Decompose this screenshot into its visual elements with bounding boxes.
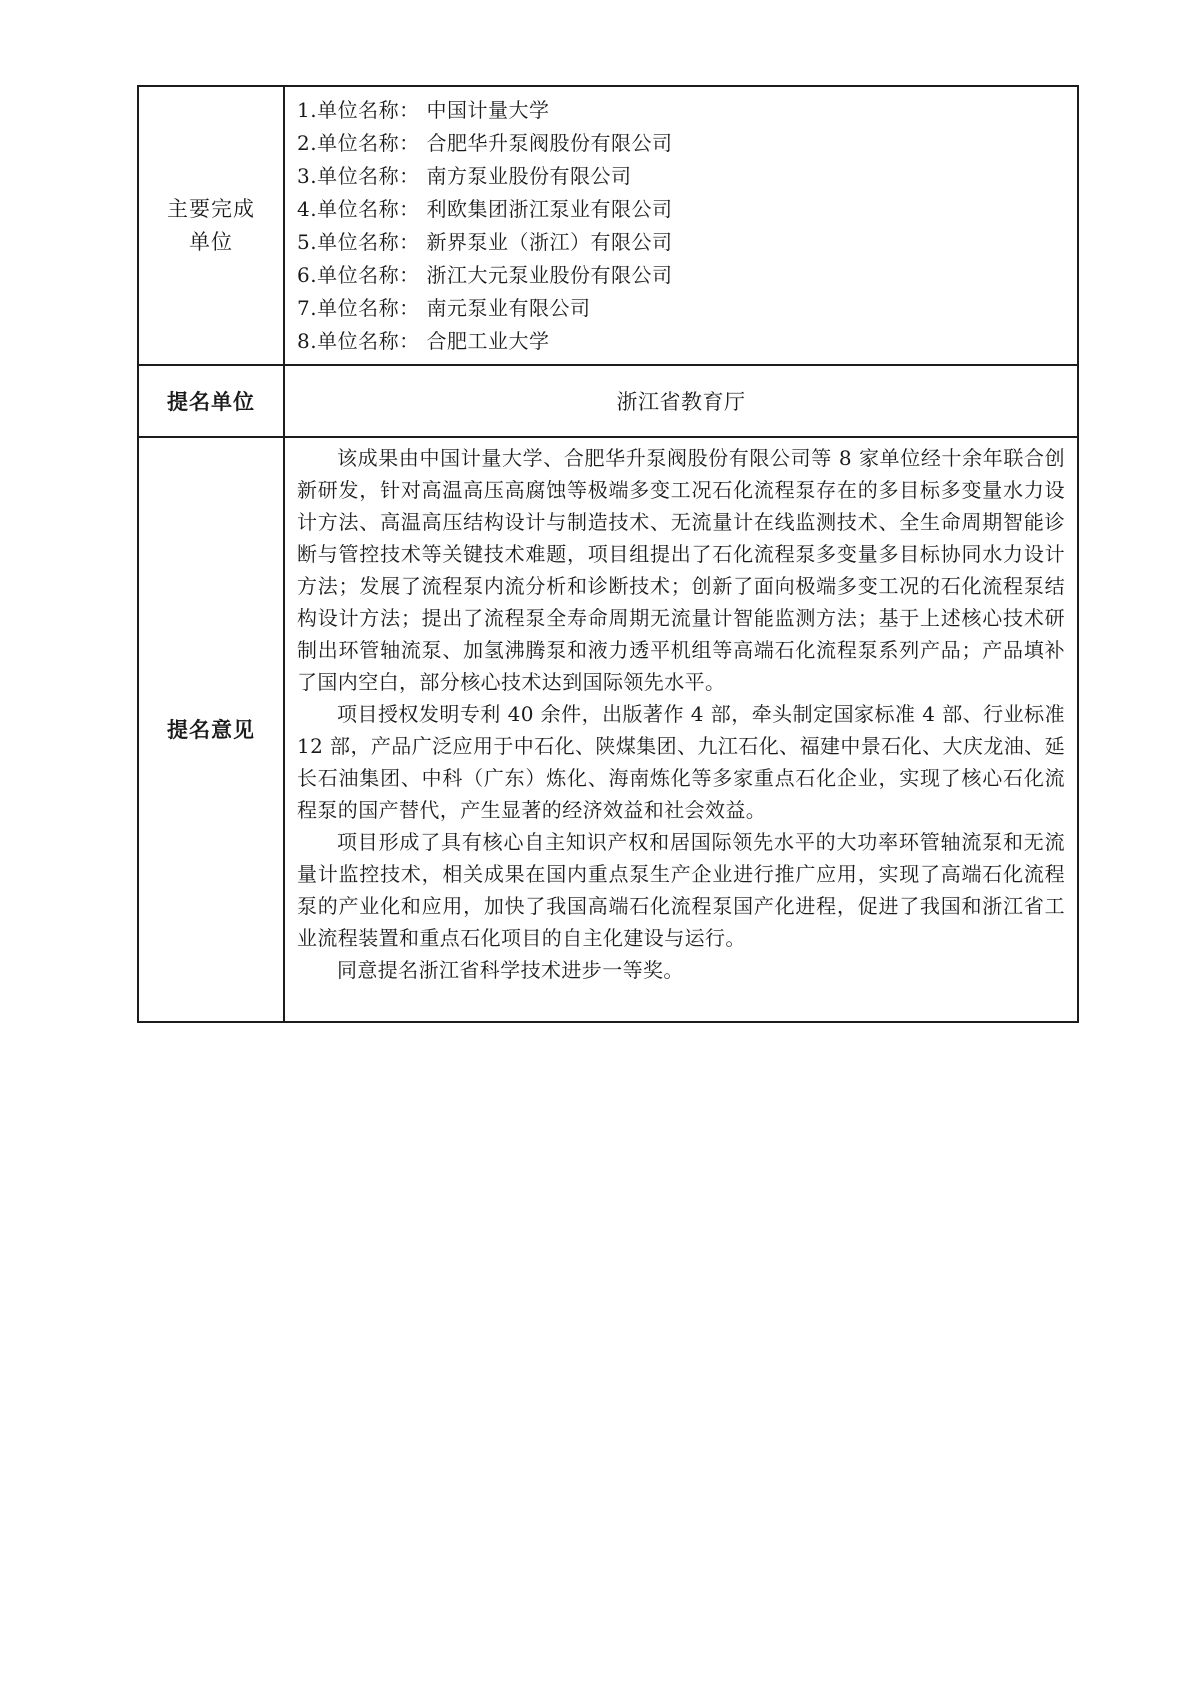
unit-item-5: 5.单位名称： 新界泵业（浙江）有限公司 bbox=[297, 226, 1067, 259]
row-nomination-opinion: 提名意见 该成果由中国计量大学、合肥华升泵阀股份有限公司等 8 家单位经十余年联… bbox=[138, 437, 1078, 1022]
document-page: 主要完成 单位 1.单位名称： 中国计量大学 2.单位名称： 合肥华升泵阀股份有… bbox=[0, 0, 1190, 1683]
opinion-paragraph-2: 项目授权发明专利 40 余件，出版著作 4 部，牵头制定国家标准 4 部、行业标… bbox=[297, 698, 1065, 826]
unit-item-8: 8.单位名称： 合肥工业大学 bbox=[297, 325, 1067, 358]
opinion-paragraph-1: 该成果由中国计量大学、合肥华升泵阀股份有限公司等 8 家单位经十余年联合创新研发… bbox=[297, 442, 1065, 698]
opinion-paragraph-4: 同意提名浙江省科学技术进步一等奖。 bbox=[297, 954, 1065, 986]
row-nominating-unit: 提名单位 浙江省教育厅 bbox=[138, 365, 1078, 437]
nomination-opinion-text: 该成果由中国计量大学、合肥华升泵阀股份有限公司等 8 家单位经十余年联合创新研发… bbox=[284, 437, 1078, 1022]
unit-item-2: 2.单位名称： 合肥华升泵阀股份有限公司 bbox=[297, 127, 1067, 160]
nominating-unit-label: 提名单位 bbox=[138, 365, 284, 437]
main-completion-units-list: 1.单位名称： 中国计量大学 2.单位名称： 合肥华升泵阀股份有限公司 3.单位… bbox=[284, 86, 1078, 365]
main-completion-units-label: 主要完成 单位 bbox=[138, 86, 284, 365]
unit-item-1: 1.单位名称： 中国计量大学 bbox=[297, 94, 1067, 127]
nomination-form-table: 主要完成 单位 1.单位名称： 中国计量大学 2.单位名称： 合肥华升泵阀股份有… bbox=[137, 85, 1079, 1023]
unit-item-4: 4.单位名称： 利欧集团浙江泵业有限公司 bbox=[297, 193, 1067, 226]
nominating-unit-value: 浙江省教育厅 bbox=[284, 365, 1078, 437]
unit-item-7: 7.单位名称： 南元泵业有限公司 bbox=[297, 292, 1067, 325]
main-completion-units-label-line1: 主要完成 bbox=[140, 193, 282, 226]
row-main-completion-units: 主要完成 单位 1.单位名称： 中国计量大学 2.单位名称： 合肥华升泵阀股份有… bbox=[138, 86, 1078, 365]
opinion-paragraph-3: 项目形成了具有核心自主知识产权和居国际领先水平的大功率环管轴流泵和无流量计监控技… bbox=[297, 826, 1065, 954]
unit-item-3: 3.单位名称： 南方泵业股份有限公司 bbox=[297, 160, 1067, 193]
main-completion-units-label-line2: 单位 bbox=[140, 226, 282, 259]
nomination-opinion-label: 提名意见 bbox=[138, 437, 284, 1022]
unit-item-6: 6.单位名称： 浙江大元泵业股份有限公司 bbox=[297, 259, 1067, 292]
